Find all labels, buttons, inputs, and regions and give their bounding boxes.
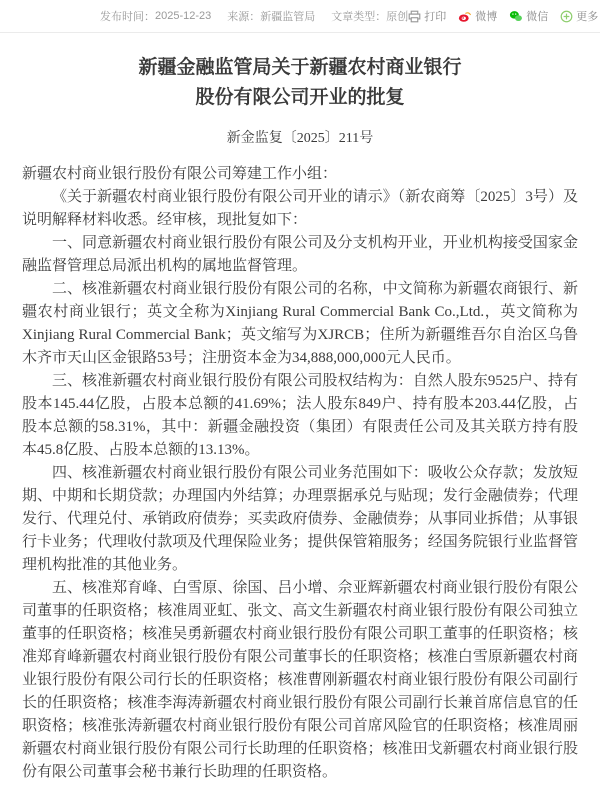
article-type-label: 文章类型： bbox=[331, 8, 386, 24]
article-meta: 发布时间： 2025-12-23 来源： 新疆监管局 文章类型： 原创 bbox=[100, 8, 408, 24]
share-toolbar: 打印 微博 微信 bbox=[408, 8, 598, 24]
item-paragraph-1: 一、同意新疆农村商业银行股份有限公司及分支机构开业，开业机构接受国家金融监督管理… bbox=[22, 232, 578, 278]
print-label: 打印 bbox=[424, 8, 446, 24]
source: 来源： 新疆监管局 bbox=[227, 8, 315, 24]
salutation-paragraph: 新疆农村商业银行股份有限公司筹建工作小组： bbox=[22, 163, 578, 186]
share-more-button[interactable]: 更多 bbox=[560, 8, 598, 24]
item-paragraph-4: 四、核准新疆农村商业银行股份有限公司业务范围如下：吸收公众存款；发放短期、中期和… bbox=[22, 462, 578, 577]
publish-time: 发布时间： 2025-12-23 bbox=[100, 8, 211, 24]
item-paragraph-3: 三、核准新疆农村商业银行股份有限公司股权结构为：自然人股东9525户、持有股本1… bbox=[22, 370, 578, 462]
document-body: 新疆农村商业银行股份有限公司筹建工作小组： 《关于新疆农村商业银行股份有限公司开… bbox=[0, 147, 600, 796]
source-value: 新疆监管局 bbox=[260, 8, 315, 24]
print-button[interactable]: 打印 bbox=[408, 8, 446, 24]
printer-icon bbox=[408, 10, 421, 23]
more-label: 更多 bbox=[576, 8, 598, 24]
weibo-icon bbox=[458, 10, 472, 23]
wechat-icon bbox=[509, 10, 523, 23]
wechat-label: 微信 bbox=[526, 8, 548, 24]
article-type: 文章类型： 原创 bbox=[331, 8, 408, 24]
more-plus-icon bbox=[560, 10, 573, 23]
share-wechat-button[interactable]: 微信 bbox=[509, 8, 548, 24]
item-paragraph-5: 五、核准郑育峰、白雪原、徐国、吕小增、佘亚辉新疆农村商业银行股份有限公司董事的任… bbox=[22, 577, 578, 784]
meta-bar: 发布时间： 2025-12-23 来源： 新疆监管局 文章类型： 原创 打印 bbox=[0, 0, 600, 33]
item-paragraph-2: 二、核准新疆农村商业银行股份有限公司的名称，中文简称为新疆农商银行、新疆农村商业… bbox=[22, 278, 578, 370]
source-label: 来源： bbox=[227, 8, 260, 24]
publish-time-value: 2025-12-23 bbox=[155, 10, 211, 22]
page-title: 新疆金融监管局关于新疆农村商业银行 股份有限公司开业的批复 bbox=[30, 53, 570, 113]
document-number: 新金监复〔2025〕211号 bbox=[0, 127, 600, 147]
share-weibo-button[interactable]: 微博 bbox=[458, 8, 497, 24]
publish-time-label: 发布时间： bbox=[100, 8, 155, 24]
article-type-value: 原创 bbox=[386, 8, 408, 24]
intro-paragraph: 《关于新疆农村商业银行股份有限公司开业的请示》（新农商筹〔2025〕3号）及说明… bbox=[22, 186, 578, 232]
weibo-label: 微博 bbox=[475, 8, 497, 24]
page-title-line2: 股份有限公司开业的批复 bbox=[195, 87, 404, 108]
page-title-line1: 新疆金融监管局关于新疆农村商业银行 bbox=[138, 57, 461, 78]
